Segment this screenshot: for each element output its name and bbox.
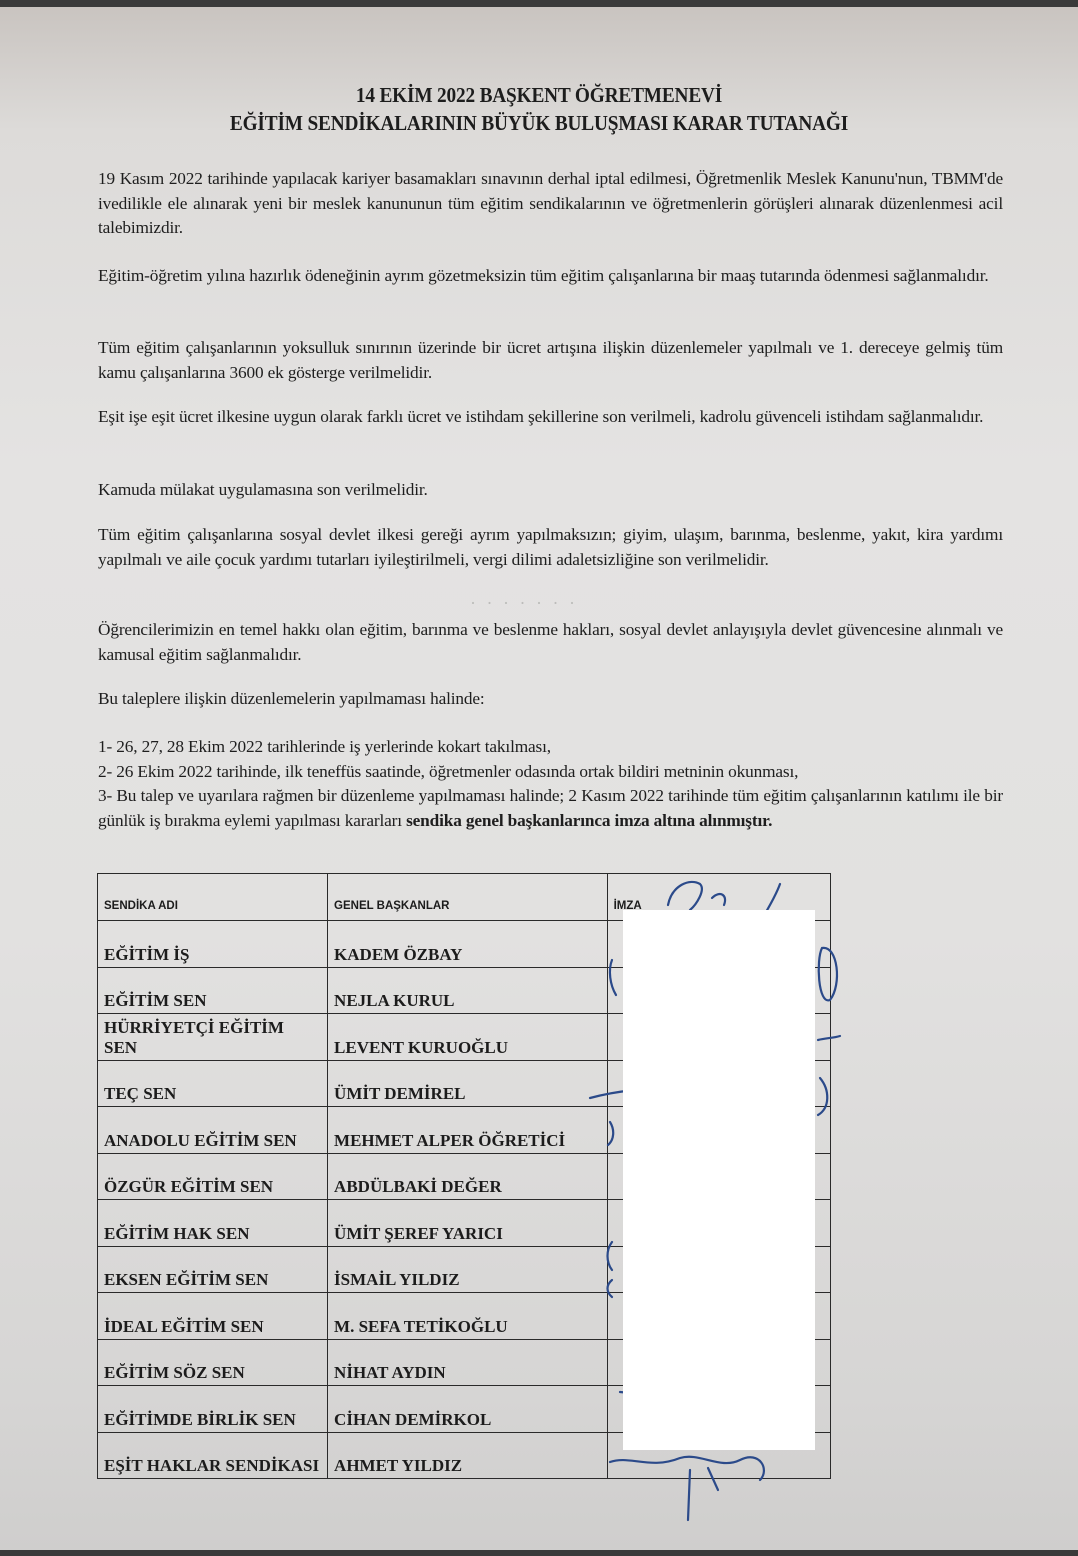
redaction-box <box>623 910 815 1450</box>
handwritten-signatures <box>0 0 1078 1556</box>
